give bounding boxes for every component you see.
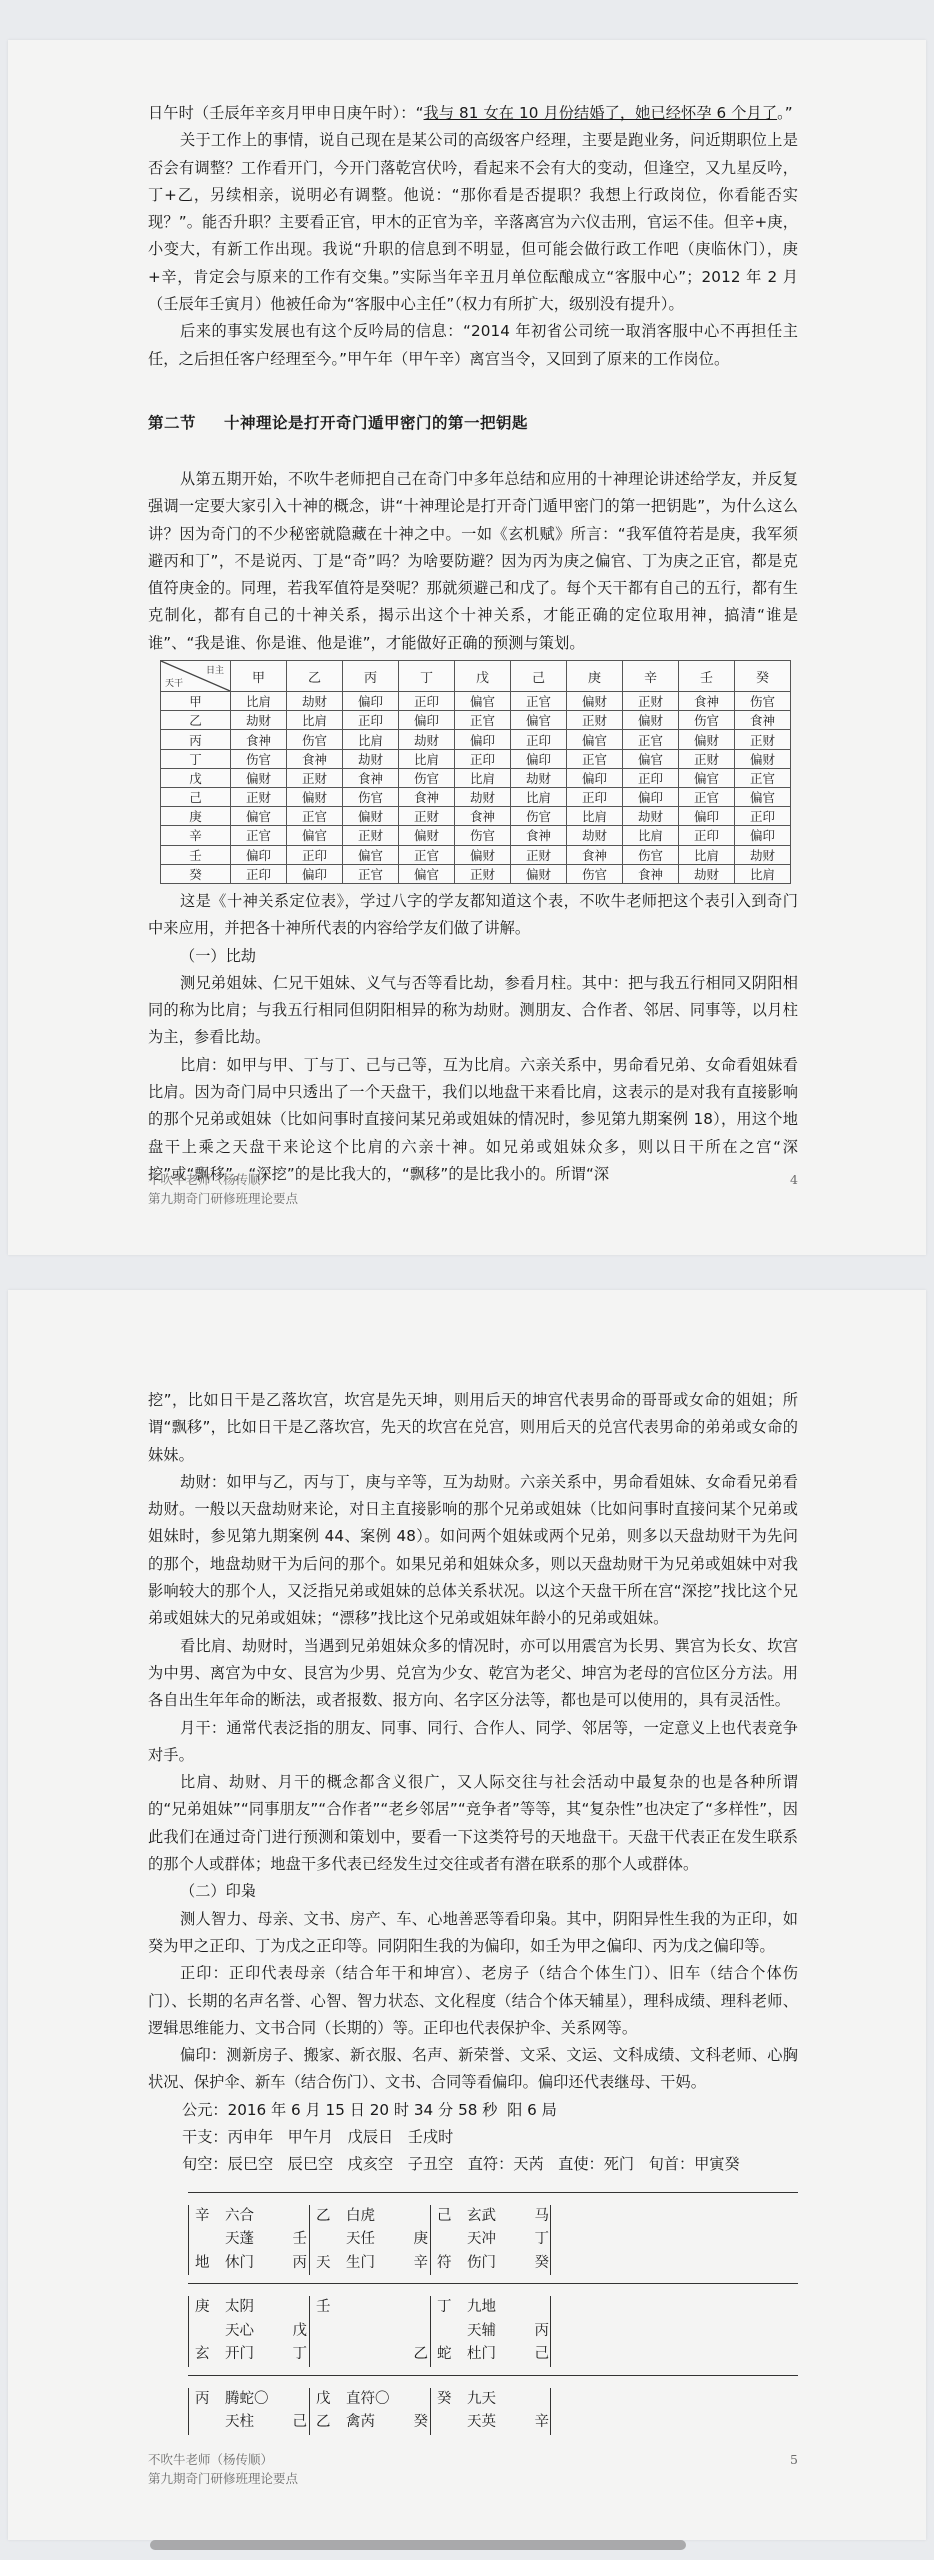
table-cell: 劫财 xyxy=(735,845,791,864)
palace-symbol: 玄武 xyxy=(467,2205,525,2229)
palace-line: 乙白虎 xyxy=(316,2205,430,2229)
column-header: 甲 xyxy=(231,661,287,692)
table-cell: 正官 xyxy=(231,826,287,845)
palace-symbol: 丁 xyxy=(283,2343,307,2367)
table-cell: 偏财 xyxy=(735,749,791,768)
column-header: 癸 xyxy=(735,661,791,692)
palace-symbol xyxy=(316,2228,346,2252)
table-cell: 正印 xyxy=(567,787,623,806)
palace-symbol: 玄 xyxy=(195,2343,225,2367)
palace-cell: 癸九天天英辛 xyxy=(430,2388,551,2435)
section-heading: 第二节十神理论是打开奇门遁甲密门的第一把钥匙 xyxy=(148,411,798,433)
table-cell: 偏官 xyxy=(287,826,343,845)
palace-symbol: 壬 xyxy=(316,2296,346,2320)
palace-symbol: 生门 xyxy=(346,2252,404,2276)
palace-line: 戊直符〇 xyxy=(316,2388,430,2412)
column-header: 戊 xyxy=(455,661,511,692)
palace-symbol: 乙 xyxy=(404,2343,428,2367)
table-cell: 正印 xyxy=(679,826,735,845)
table-row: 壬偏印正印偏官正官偏财正财食神伤官比肩劫财 xyxy=(161,845,791,864)
table-cell: 劫财 xyxy=(567,826,623,845)
table-cell: 偏印 xyxy=(231,845,287,864)
table-cell: 正财 xyxy=(343,826,399,845)
palace-symbol: 丁 xyxy=(437,2296,467,2320)
table-cell: 劫财 xyxy=(343,749,399,768)
table-cell: 正财 xyxy=(455,864,511,883)
table-cell: 正官 xyxy=(343,864,399,883)
pdf-viewer: 日午时（壬辰年辛亥月甲申日庚午时）：“我与 81 女在 10 月份结婚了，她已经… xyxy=(0,0,934,2560)
palace-symbol xyxy=(437,2228,467,2252)
underlined-quote: 我与 81 女在 10 月份结婚了，她已经怀孕 6 个月了 xyxy=(424,104,778,122)
table-cell: 伤官 xyxy=(455,826,511,845)
table-cell: 正印 xyxy=(511,730,567,749)
palace-symbol: 腾蛇〇 xyxy=(225,2388,283,2412)
table-cell: 偏印 xyxy=(735,826,791,845)
palace-symbol: 丙 xyxy=(525,2320,549,2344)
table-cell: 偏官 xyxy=(623,749,679,768)
palace-line: 符伤门癸 xyxy=(437,2252,550,2276)
palace-cell: 辛六合天蓬壬地休门丙 xyxy=(188,2205,309,2276)
palace-line: 天生门辛 xyxy=(316,2252,430,2276)
palace-symbol: 伤门 xyxy=(467,2252,525,2276)
paragraph: 挖”，比如日干是乙落坎宫，坎宫是先天坤，则用后天的坤宫代表男命的哥哥或女命的姐姐… xyxy=(148,1387,798,1469)
horizontal-scrollbar[interactable] xyxy=(150,2540,686,2550)
palace-symbol xyxy=(346,2296,404,2320)
table-cell: 正财 xyxy=(735,730,791,749)
table-cell: 伤官 xyxy=(287,730,343,749)
palace-symbol xyxy=(283,2388,307,2412)
table-cell: 正财 xyxy=(679,749,735,768)
column-header: 丁 xyxy=(399,661,455,692)
table-cell: 比肩 xyxy=(287,711,343,730)
table-cell: 正官 xyxy=(623,730,679,749)
palace-symbol: 地 xyxy=(195,2252,225,2276)
palace-line: 天英辛 xyxy=(437,2411,550,2435)
table-cell: 偏财 xyxy=(455,845,511,864)
palace-line: 玄开门丁 xyxy=(195,2343,309,2367)
table-cell: 食神 xyxy=(567,845,623,864)
table-cell: 伤官 xyxy=(231,749,287,768)
palace-symbol: 天任 xyxy=(346,2228,404,2252)
table-cell: 伤官 xyxy=(343,787,399,806)
column-header: 壬 xyxy=(679,661,735,692)
palace-line: 己玄武马 xyxy=(437,2205,550,2229)
table-cell: 偏官 xyxy=(455,692,511,711)
table-cell: 比肩 xyxy=(735,864,791,883)
palace-symbol xyxy=(346,2320,404,2344)
table-row: 丙食神伤官比肩劫财偏印正印偏官正官偏财正财 xyxy=(161,730,791,749)
table-cell: 偏官 xyxy=(567,730,623,749)
table-cell: 偏财 xyxy=(399,826,455,845)
paragraph: 这是《十神关系定位表》，学过八字的学友都知道这个表，不吹牛老师把这个表引入到奇门… xyxy=(148,888,798,943)
palace-symbol: 乙 xyxy=(316,2411,346,2435)
page-footer: 不吹牛老师（杨传顺） 第九期奇门研修班理论要点 5 xyxy=(148,2450,798,2488)
palace-cell: 丁九地天辅丙蛇杜门己 xyxy=(430,2296,551,2367)
table-cell: 偏印 xyxy=(455,730,511,749)
palace-symbol: 丙 xyxy=(283,2252,307,2276)
palace-cell: 丙腾蛇〇天柱己 xyxy=(188,2388,309,2435)
table-cell: 偏财 xyxy=(231,768,287,787)
palace-symbol xyxy=(283,2296,307,2320)
row-header: 壬 xyxy=(161,845,231,864)
table-cell: 正官 xyxy=(455,711,511,730)
table-cell: 正印 xyxy=(287,845,343,864)
table-cell: 正官 xyxy=(511,692,567,711)
table-row: 丁伤官食神劫财比肩正印偏印正官偏官正财偏财 xyxy=(161,749,791,768)
subsection-heading: （一）比劫 xyxy=(148,943,798,970)
footer-title: 第九期奇门研修班理论要点 xyxy=(148,2469,798,2488)
palace-symbol xyxy=(283,2205,307,2229)
table-cell: 偏印 xyxy=(343,692,399,711)
table-header-row: 日主 天干 甲 乙 丙 丁 戊 己 庚 辛 壬 癸 xyxy=(161,661,791,692)
palace-symbol xyxy=(195,2228,225,2252)
palace-symbol: 开门 xyxy=(225,2343,283,2367)
section-number: 第二节 xyxy=(148,414,196,432)
palace-line: 庚太阴 xyxy=(195,2296,309,2320)
table-body: 甲比肩劫财偏印正印偏官正官偏财正财食神伤官乙劫财比肩正印偏印正官偏官正财偏财伤官… xyxy=(161,692,791,884)
palace-symbol xyxy=(404,2205,428,2229)
palace-symbol: 天 xyxy=(316,2252,346,2276)
table-cell: 偏财 xyxy=(343,807,399,826)
table-cell: 伤官 xyxy=(399,768,455,787)
palace-symbol: 太阴 xyxy=(225,2296,283,2320)
palace-symbol xyxy=(404,2388,428,2412)
palace-line: 壬 xyxy=(316,2296,430,2320)
table-cell: 偏印 xyxy=(399,711,455,730)
table-cell: 比肩 xyxy=(455,768,511,787)
table-cell: 正印 xyxy=(231,864,287,883)
palace-line: 乙禽芮癸 xyxy=(316,2411,430,2435)
palace-symbol: 九地 xyxy=(467,2296,525,2320)
paragraph: 正印：正印代表母亲（结合年干和坤宫）、老房子（结合个体生门）、旧车（结合个体伤门… xyxy=(148,1960,798,2042)
page-body: 挖”，比如日干是乙落坎宫，坎宫是先天坤，则用后天的坤宫代表男命的哥哥或女命的姐姐… xyxy=(148,1387,798,2443)
table-cell: 偏官 xyxy=(343,845,399,864)
table-cell: 劫财 xyxy=(455,787,511,806)
page-footer: 不吹牛老师（杨传顺） 第九期奇门研修班理论要点 4 xyxy=(148,1170,798,1208)
palace-symbol: 丙 xyxy=(195,2388,225,2412)
palace-cell: 庚太阴天心戊玄开门丁 xyxy=(188,2296,309,2367)
table-cell: 正财 xyxy=(511,845,567,864)
table-cell: 正印 xyxy=(455,749,511,768)
palace-line: 天辅丙 xyxy=(437,2320,550,2344)
table-cell: 比肩 xyxy=(399,749,455,768)
table-cell: 伤官 xyxy=(679,711,735,730)
column-header: 庚 xyxy=(567,661,623,692)
palace-symbol: 癸 xyxy=(525,2252,549,2276)
table-row: 癸正印偏印正官偏官正财偏财伤官食神劫财比肩 xyxy=(161,864,791,883)
table-cell: 偏官 xyxy=(399,864,455,883)
table-cell: 正财 xyxy=(287,768,343,787)
table-cell: 偏财 xyxy=(623,711,679,730)
footer-author: 不吹牛老师（杨传顺） xyxy=(148,2450,798,2469)
palace-line: 天蓬壬 xyxy=(195,2228,309,2252)
table-cell: 偏官 xyxy=(511,711,567,730)
table-cell: 偏财 xyxy=(679,730,735,749)
table-cell: 比肩 xyxy=(623,826,679,845)
table-cell: 食神 xyxy=(455,807,511,826)
palace-line: 丁九地 xyxy=(437,2296,550,2320)
table-cell: 正财 xyxy=(399,807,455,826)
palace-symbol: 己 xyxy=(283,2411,307,2435)
palace-symbol xyxy=(404,2296,428,2320)
palace-symbol: 六合 xyxy=(225,2205,283,2229)
document-page-5: 挖”，比如日干是乙落坎宫，坎宫是先天坤，则用后天的坤宫代表男命的哥哥或女命的姐姐… xyxy=(8,1290,926,2540)
palace-symbol: 乙 xyxy=(316,2205,346,2229)
palace-cell: 壬乙 xyxy=(309,2296,430,2367)
paragraph: 后来的事实发展也有这个反吟局的信息：“2014 年初省公司统一取消客服中心不再担… xyxy=(148,318,798,373)
table-cell: 劫财 xyxy=(399,730,455,749)
table-cell: 正官 xyxy=(735,768,791,787)
table-cell: 偏官 xyxy=(679,768,735,787)
table-cell: 偏财 xyxy=(287,787,343,806)
table-cell: 正官 xyxy=(287,807,343,826)
corner-label-day-master: 日主 xyxy=(206,663,224,676)
table-cell: 正印 xyxy=(623,768,679,787)
palace-row: 辛六合天蓬壬地休门丙乙白虎天任庚天生门辛己玄武马天冲丁符伤门癸 xyxy=(188,2192,798,2284)
row-header: 甲 xyxy=(161,692,231,711)
section-title: 十神理论是打开奇门遁甲密门的第一把钥匙 xyxy=(224,414,528,432)
table-row: 乙劫财比肩正印偏印正官偏官正财偏财伤官食神 xyxy=(161,711,791,730)
paragraph: 月干：通常代表泛指的朋友、同事、同行、合作人、同学、邻居等，一定意义上也代表竞争… xyxy=(148,1715,798,1770)
row-header: 己 xyxy=(161,787,231,806)
column-header: 己 xyxy=(511,661,567,692)
page-body: 日午时（壬辰年辛亥月甲申日庚午时）：“我与 81 女在 10 月份结婚了，她已经… xyxy=(148,100,798,1188)
paragraph: 日午时（壬辰年辛亥月甲申日庚午时）：“我与 81 女在 10 月份结婚了，她已经… xyxy=(148,100,798,127)
palace-line: 天冲丁 xyxy=(437,2228,550,2252)
table-cell: 偏财 xyxy=(567,692,623,711)
palace-symbol xyxy=(437,2411,467,2435)
row-header: 丁 xyxy=(161,749,231,768)
text: 。” xyxy=(777,104,793,122)
paragraph: 偏印：测新房子、搬家、新衣服、名声、新荣誉、文采、文运、文科成绩、文科老师、心胸… xyxy=(148,2042,798,2097)
palace-symbol: 天心 xyxy=(225,2320,283,2344)
chart-info-ganzhi: 干支：丙申年 甲午月 戊辰日 壬戌时 xyxy=(148,2124,798,2151)
palace-symbol: 辛 xyxy=(404,2252,428,2276)
palace-symbol xyxy=(525,2296,549,2320)
palace-cell: 戊直符〇乙禽芮癸 xyxy=(309,2388,430,2435)
palace-symbol: 符 xyxy=(437,2252,467,2276)
palace-symbol: 禽芮 xyxy=(346,2411,404,2435)
table-cell: 正财 xyxy=(567,711,623,730)
ten-gods-table: 日主 天干 甲 乙 丙 丁 戊 己 庚 辛 壬 癸 xyxy=(160,660,791,884)
table-cell: 正印 xyxy=(343,711,399,730)
palace-symbol: 天辅 xyxy=(467,2320,525,2344)
palace-symbol: 己 xyxy=(525,2343,549,2367)
palace-symbol: 戊 xyxy=(316,2388,346,2412)
paragraph: 比肩：如甲与甲、丁与丁、己与己等，互为比肩。六亲关系中，男命看兄弟、女命看姐妹看… xyxy=(148,1052,798,1188)
palace-symbol: 庚 xyxy=(404,2228,428,2252)
text: 日午时（壬辰年辛亥月甲申日庚午时）：“ xyxy=(148,104,424,122)
palace-symbol: 天柱 xyxy=(225,2411,283,2435)
column-header: 丙 xyxy=(343,661,399,692)
palace-symbol: 白虎 xyxy=(346,2205,404,2229)
palace-symbol: 庚 xyxy=(195,2296,225,2320)
table-cell: 伤官 xyxy=(735,692,791,711)
table-cell: 食神 xyxy=(399,787,455,806)
palace-row: 庚太阴天心戊玄开门丁壬乙丁九地天辅丙蛇杜门己 xyxy=(188,2283,798,2375)
palace-line: 丙腾蛇〇 xyxy=(195,2388,309,2412)
table-cell: 劫财 xyxy=(623,807,679,826)
palace-line: 地休门丙 xyxy=(195,2252,309,2276)
palace-symbol xyxy=(316,2320,346,2344)
palace-symbol: 辛 xyxy=(195,2205,225,2229)
table-row: 辛正官偏官正财偏财伤官食神劫财比肩正印偏印 xyxy=(161,826,791,845)
page-number: 4 xyxy=(790,1170,798,1189)
page-number: 5 xyxy=(790,2450,798,2469)
table-cell: 偏财 xyxy=(511,864,567,883)
table-cell: 正财 xyxy=(231,787,287,806)
palace-cell: 己玄武马天冲丁符伤门癸 xyxy=(430,2205,551,2276)
row-header: 辛 xyxy=(161,826,231,845)
chart-info-xunkong: 旬空：辰巳空 辰巳空 戌亥空 子丑空 直符：天芮 直使：死门 旬首：甲寅癸 xyxy=(148,2151,798,2178)
palace-symbol xyxy=(346,2343,404,2367)
table-cell: 食神 xyxy=(231,730,287,749)
table-cell: 食神 xyxy=(623,864,679,883)
table-cell: 偏印 xyxy=(623,787,679,806)
row-header: 丙 xyxy=(161,730,231,749)
palace-line xyxy=(316,2320,430,2344)
table-cell: 食神 xyxy=(511,826,567,845)
document-page-4: 日午时（壬辰年辛亥月甲申日庚午时）：“我与 81 女在 10 月份结婚了，她已经… xyxy=(8,40,926,1255)
palace-symbol: 天蓬 xyxy=(225,2228,283,2252)
table-cell: 正官 xyxy=(679,787,735,806)
table-cell: 正官 xyxy=(399,845,455,864)
column-header: 辛 xyxy=(623,661,679,692)
table-cell: 正财 xyxy=(623,692,679,711)
table-cell: 偏印 xyxy=(679,807,735,826)
paragraph: 测兄弟姐妹、仁兄干姐妹、义气与否等看比劫，参看月柱。其中：把与我五行相同又阴阳相… xyxy=(148,970,798,1052)
table-cell: 食神 xyxy=(287,749,343,768)
table-cell: 偏印 xyxy=(511,749,567,768)
table-cell: 劫财 xyxy=(511,768,567,787)
paragraph: 比肩、劫财、月干的概念都含义很广，又人际交往与社会活动中最复杂的也是各种所谓的“… xyxy=(148,1769,798,1878)
table-cell: 比肩 xyxy=(511,787,567,806)
table-cell: 劫财 xyxy=(287,692,343,711)
palace-symbol: 天英 xyxy=(467,2411,525,2435)
table-cell: 比肩 xyxy=(343,730,399,749)
paragraph: 从第五期开始，不吹牛老师把自己在奇门中多年总结和应用的十神理论讲述给学友，并反复… xyxy=(148,466,798,657)
paragraph: 劫财：如甲与乙，丙与丁，庚与辛等，互为劫财。六亲关系中，男命看姐妹、女命看兄弟看… xyxy=(148,1469,798,1633)
table-cell: 偏印 xyxy=(287,864,343,883)
table-cell: 比肩 xyxy=(567,807,623,826)
subsection-heading: （二）印枭 xyxy=(148,1878,798,1905)
table-cell: 伤官 xyxy=(511,807,567,826)
palace-symbol: 九天 xyxy=(467,2388,525,2412)
palace-symbol xyxy=(195,2320,225,2344)
paragraph: 看比肩、劫财时，当遇到兄弟姐妹众多的情况时，亦可以用震宫为长男、巽宫为长女、坎宫… xyxy=(148,1633,798,1715)
table-cell: 食神 xyxy=(343,768,399,787)
chart-info-gongyuan: 公元：2016 年 6 月 15 日 20 时 34 分 58 秒 阳 6 局 xyxy=(148,2097,798,2124)
palace-symbol xyxy=(525,2388,549,2412)
table-row: 庚偏官正官偏财正财食神伤官比肩劫财偏印正印 xyxy=(161,807,791,826)
table-row: 戊偏财正财食神伤官比肩劫财偏印正印偏官正官 xyxy=(161,768,791,787)
palace-symbol: 辛 xyxy=(525,2411,549,2435)
footer-author: 不吹牛老师（杨传顺） xyxy=(148,1170,798,1189)
palace-symbol: 丁 xyxy=(525,2228,549,2252)
table-row: 己正财偏财伤官食神劫财比肩正印偏印正官偏官 xyxy=(161,787,791,806)
row-header: 癸 xyxy=(161,864,231,883)
table-cell: 食神 xyxy=(679,692,735,711)
table-corner-cell: 日主 天干 xyxy=(161,661,231,692)
palace-symbol: 癸 xyxy=(404,2411,428,2435)
palace-line: 癸九天 xyxy=(437,2388,550,2412)
palace-symbol: 马 xyxy=(525,2205,549,2229)
palace-line: 天任庚 xyxy=(316,2228,430,2252)
palace-symbol: 己 xyxy=(437,2205,467,2229)
palace-line: 蛇杜门己 xyxy=(437,2343,550,2367)
palace-symbol: 杜门 xyxy=(467,2343,525,2367)
table-cell: 劫财 xyxy=(679,864,735,883)
corner-label-stem: 天干 xyxy=(165,676,183,689)
palace-line: 天柱己 xyxy=(195,2411,309,2435)
palace-symbol xyxy=(404,2320,428,2344)
paragraph: 测人智力、母亲、文书、房产、车、心地善恶等看印枭。其中，阴阳异性生我的为正印，如… xyxy=(148,1906,798,1961)
row-header: 戊 xyxy=(161,768,231,787)
palace-symbol xyxy=(195,2411,225,2435)
table-cell: 正印 xyxy=(399,692,455,711)
table-row: 甲比肩劫财偏印正印偏官正官偏财正财食神伤官 xyxy=(161,692,791,711)
footer-title: 第九期奇门研修班理论要点 xyxy=(148,1189,798,1208)
table-cell: 偏官 xyxy=(231,807,287,826)
table-cell: 正官 xyxy=(567,749,623,768)
row-header: 乙 xyxy=(161,711,231,730)
palace-line: 辛六合 xyxy=(195,2205,309,2229)
palace-row: 丙腾蛇〇天柱己戊直符〇乙禽芮癸癸九天天英辛 xyxy=(188,2375,798,2443)
palace-symbol xyxy=(316,2343,346,2367)
table-cell: 伤官 xyxy=(567,864,623,883)
table-cell: 比肩 xyxy=(679,845,735,864)
qimen-nine-palace-chart: 辛六合天蓬壬地休门丙乙白虎天任庚天生门辛己玄武马天冲丁符伤门癸庚太阴天心戊玄开门… xyxy=(188,2192,798,2443)
paragraph: 关于工作上的事情，说自己现在是某公司的高级客户经理，主要是跑业务，问近期职位上是… xyxy=(148,127,798,318)
palace-symbol: 休门 xyxy=(225,2252,283,2276)
table-cell: 食神 xyxy=(735,711,791,730)
table-cell: 偏印 xyxy=(567,768,623,787)
palace-symbol: 天冲 xyxy=(467,2228,525,2252)
palace-symbol: 戊 xyxy=(283,2320,307,2344)
table-cell: 比肩 xyxy=(231,692,287,711)
row-header: 庚 xyxy=(161,807,231,826)
palace-line: 天心戊 xyxy=(195,2320,309,2344)
table-cell: 劫财 xyxy=(231,711,287,730)
table-cell: 正印 xyxy=(735,807,791,826)
palace-symbol: 直符〇 xyxy=(346,2388,404,2412)
table-cell: 偏官 xyxy=(735,787,791,806)
palace-symbol: 癸 xyxy=(437,2388,467,2412)
palace-symbol xyxy=(437,2320,467,2344)
palace-cell: 乙白虎天任庚天生门辛 xyxy=(309,2205,430,2276)
palace-line: 乙 xyxy=(316,2343,430,2367)
column-header: 乙 xyxy=(287,661,343,692)
palace-symbol: 壬 xyxy=(283,2228,307,2252)
palace-symbol: 蛇 xyxy=(437,2343,467,2367)
table-cell: 伤官 xyxy=(623,845,679,864)
